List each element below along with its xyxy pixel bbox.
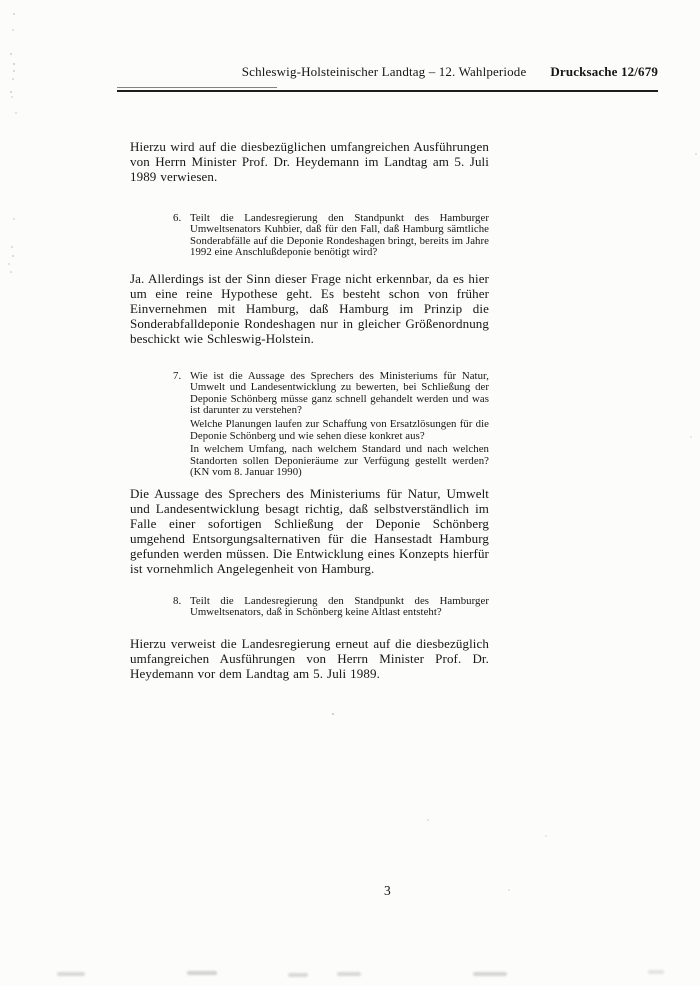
scan-specks (0, 0, 2, 2)
question-8-text: Teilt die Landesregierung den Standpunkt… (190, 596, 489, 619)
scan-smudge (337, 972, 361, 976)
question-7: 7. Wie ist die Aussage des Sprechers des… (173, 371, 489, 479)
header-rule (117, 90, 658, 92)
question-7-paragraph-3: In welchem Umfang, nach welchem Standard… (190, 444, 489, 478)
question-8-number: 8. (173, 596, 190, 619)
question-7-paragraph-1: Wie ist die Aussage des Sprechers des Mi… (190, 371, 489, 417)
question-6: 6. Teilt die Landesregierung den Standpu… (173, 213, 489, 259)
question-8-paragraph: Teilt die Landesregierung den Standpunkt… (190, 596, 489, 619)
question-7-text: Wie ist die Aussage des Sprechers des Mi… (190, 371, 489, 479)
question-7-number: 7. (173, 371, 190, 479)
question-6-number: 6. (173, 213, 190, 259)
question-6-text: Teilt die Landesregierung den Standpunkt… (190, 213, 489, 259)
page-header: Schleswig-Holsteinischer Landtag – 12. W… (242, 64, 658, 80)
scan-smudge (187, 971, 217, 975)
scan-smudge (648, 970, 664, 974)
document-page: Schleswig-Holsteinischer Landtag – 12. W… (0, 0, 700, 986)
page-number: 3 (384, 883, 391, 899)
scan-smudge (288, 973, 308, 977)
scan-smudge (473, 972, 507, 976)
scan-smudge (57, 972, 85, 976)
paragraph-answer-7: Die Aussage des Sprechers des Ministeriu… (130, 486, 489, 576)
paragraph-answer-8: Hierzu verweist die Landesregierung erne… (130, 636, 489, 681)
question-8: 8. Teilt die Landesregierung den Standpu… (173, 596, 489, 619)
header-publication: Schleswig-Holsteinischer Landtag – 12. W… (242, 64, 527, 79)
question-6-paragraph: Teilt die Landesregierung den Standpunkt… (190, 213, 489, 259)
paragraph-answer-6: Ja. Allerdings ist der Sinn dieser Frage… (130, 271, 489, 346)
paragraph-intro-answer: Hierzu wird auf die diesbezüglichen umfa… (130, 139, 489, 184)
header-document-number: Drucksache 12/679 (550, 64, 658, 79)
question-7-paragraph-2: Welche Planungen laufen zur Schaffung vo… (190, 419, 489, 442)
